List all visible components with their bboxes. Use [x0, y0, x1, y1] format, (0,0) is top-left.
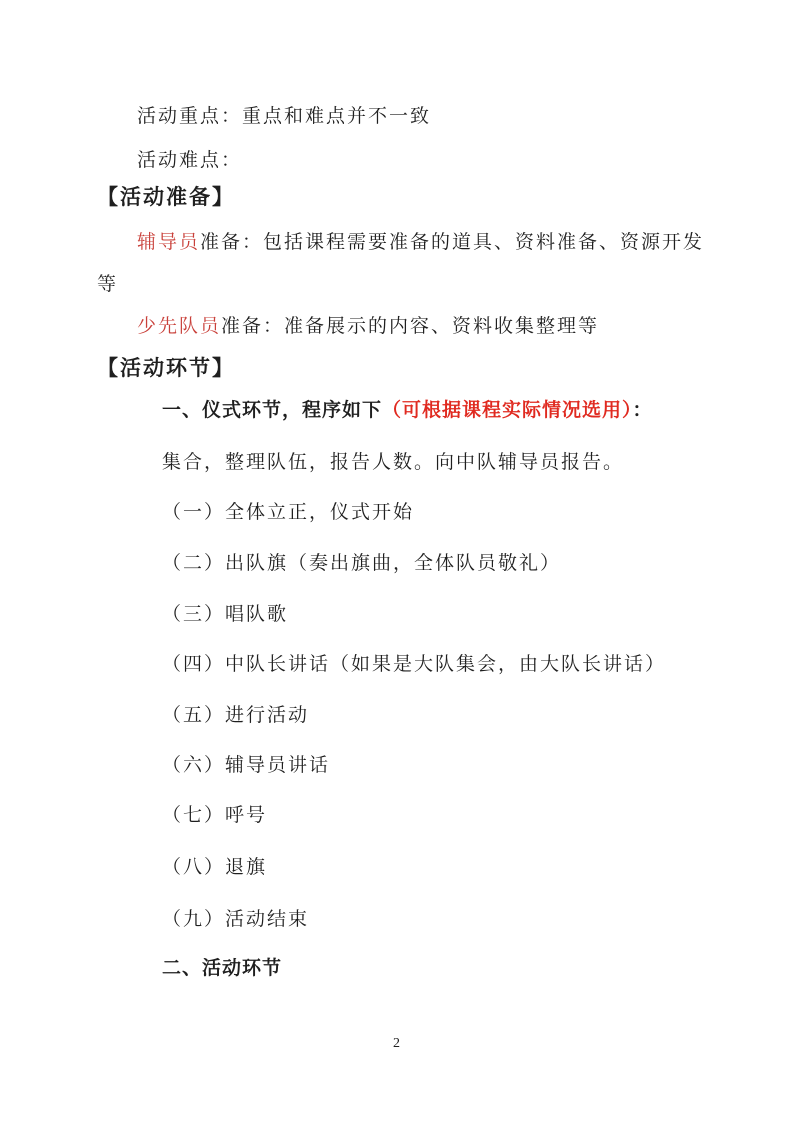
ceremony-step-5: （五）进行活动	[162, 703, 309, 729]
ceremony-step-7: （七）呼号	[162, 803, 267, 829]
ceremony-step-9: （九）活动结束	[162, 907, 309, 933]
document-page: 活动重点：重点和难点并不一致 活动难点： 【活动准备】 辅导员准备：包括课程需要…	[0, 0, 793, 1122]
counselor-prep-highlight: 辅导员	[137, 232, 200, 253]
ceremony-step-1: （一）全体立正，仪式开始	[162, 500, 414, 526]
ceremony-step-8: （八）退旗	[162, 855, 267, 881]
ceremony-section-title: 一、仪式环节，程序如下（可根据课程实际情况选用）：	[162, 398, 653, 424]
section-header-preparation: 【活动准备】	[97, 184, 235, 210]
member-prep-highlight: 少先队员	[137, 316, 221, 337]
paragraph-activity-difficulty: 活动难点：	[137, 148, 242, 174]
ceremony-title-note: （可根据课程实际情况选用）	[382, 400, 633, 421]
section-header-stages: 【活动环节】	[97, 355, 235, 381]
ceremony-step-4: （四）中队长讲话（如果是大队集会，由大队长讲话）	[162, 652, 666, 678]
counselor-prep-text: 准备：包括课程需要准备的道具、资料准备、资源开发	[200, 232, 704, 253]
page-number: 2	[0, 1036, 793, 1052]
paragraph-activity-focus: 活动重点：重点和难点并不一致	[137, 104, 431, 130]
ceremony-step-3: （三）唱队歌	[162, 602, 288, 628]
activity-section-title: 二、活动环节	[162, 956, 282, 982]
ceremony-title-colon: ：	[633, 400, 653, 421]
ceremony-title-text: 一、仪式环节，程序如下	[162, 400, 382, 421]
paragraph-counselor-prep-continuation: 等	[97, 272, 118, 298]
paragraph-assembly: 集合，整理队伍，报告人数。向中队辅导员报告。	[162, 450, 624, 476]
ceremony-step-2: （二）出队旗（奏出旗曲，全体队员敬礼）	[162, 551, 561, 577]
paragraph-member-prep: 少先队员准备：准备展示的内容、资料收集整理等	[137, 314, 599, 340]
paragraph-counselor-prep: 辅导员准备：包括课程需要准备的道具、资料准备、资源开发	[137, 230, 704, 256]
ceremony-step-6: （六）辅导员讲话	[162, 753, 330, 779]
member-prep-text: 准备：准备展示的内容、资料收集整理等	[221, 316, 599, 337]
